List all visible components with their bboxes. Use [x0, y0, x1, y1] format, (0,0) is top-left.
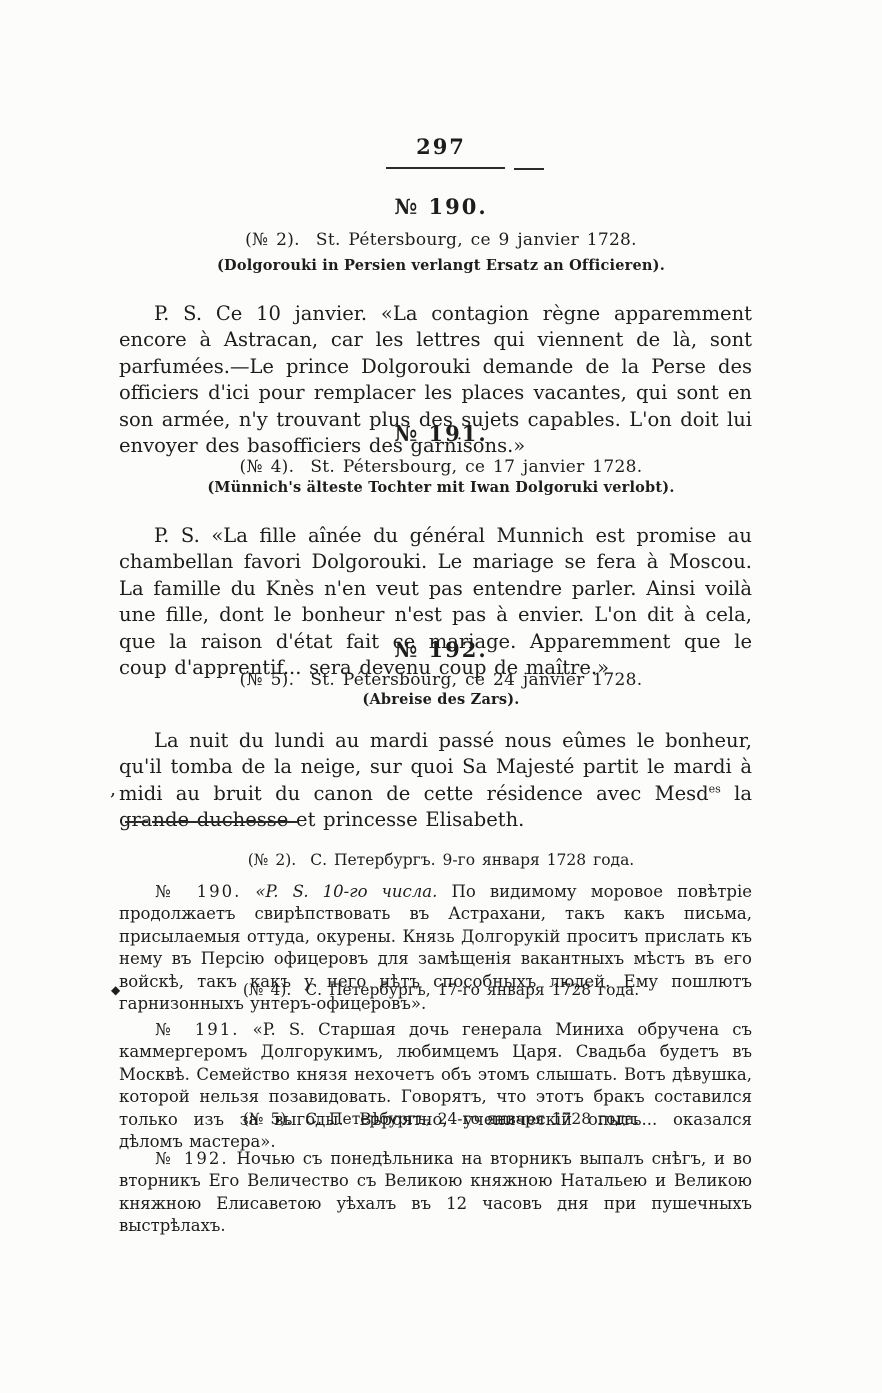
footnote-192-dateline-ref: (№ 5). [243, 1110, 291, 1128]
entry-192-body-text: La nuit du lundi au mardi passé nous eûm… [119, 729, 752, 805]
entry-191-dateline: (№ 4).St. Pétersbourg, ce 17 janvier 172… [0, 457, 882, 477]
footnote-separator-dash [125, 821, 148, 823]
margin-comma-mark: , [110, 778, 116, 800]
footnote-192-dateline: (№ 5).С. Петербургъ, 24-го января 1728 г… [0, 1110, 882, 1128]
entry-191-dateline-text: St. Pétersbourg, ce 17 janvier 1728. [310, 457, 642, 477]
page-number: 297 [0, 134, 882, 159]
entry-192-subtitle: (Abreise des Zars). [0, 691, 882, 708]
entry-192-body: La nuit du lundi au mardi passé nous eûm… [119, 728, 752, 834]
entry-190-dateline: (№ 2).St. Pétersbourg, ce 9 janvier 1728… [0, 230, 882, 250]
footnote-191-body-text: «P. S. Старшая дочь генерала Миниха обру… [119, 1020, 752, 1152]
footnote-192-number: № 192. [155, 1149, 229, 1168]
entry-190-dateline-ref: (№ 2). [245, 230, 300, 250]
entry-190-dateline-text: St. Pétersbourg, ce 9 janvier 1728. [316, 230, 637, 250]
footnote-192-body: № 192. Ночью съ понедѣльника на вторникъ… [119, 1148, 752, 1238]
footnote-191-dateline-ref: (№ 4). [243, 981, 291, 999]
scanned-book-page: 297 № 190. (№ 2).St. Pétersbourg, ce 9 j… [0, 0, 882, 1393]
footnote-191-dateline: (№ 4).С. Петербургъ, 17-го января 1728 г… [0, 981, 882, 999]
footnote-191-body: № 191. «P. S. Старшая дочь генерала Мини… [119, 1019, 752, 1154]
footnote-191-dateline-text: С. Петербургъ, 17-го января 1728 года. [305, 981, 639, 999]
page-number-rule-long [386, 167, 505, 169]
entry-192-dateline-ref: (№ 5). [240, 670, 295, 690]
footnote-190-number: № 190. [155, 882, 241, 901]
page-number-rule-short [514, 168, 544, 170]
footnote-190-dateline-text: С. Петербургъ. 9-го января 1728 года. [310, 851, 634, 869]
footnote-191-number: № 191. [155, 1020, 239, 1039]
footnote-190-dateline-ref: (№ 2). [248, 851, 296, 869]
entry-191-heading: № 191. [0, 421, 882, 446]
footnote-190-dateline: (№ 2).С. Петербургъ. 9-го января 1728 го… [0, 851, 882, 869]
entry-190-subtitle: (Dolgorouki in Persien verlangt Ersatz a… [0, 257, 882, 274]
entry-192-dateline-text: St. Pétersbourg, ce 24 janvier 1728. [310, 670, 642, 690]
entry-190-heading: № 190. [0, 194, 882, 219]
entry-191-subtitle: (Münnich's älteste Tochter mit Iwan Dolg… [0, 479, 882, 496]
footnote-separator-line [152, 821, 298, 823]
entry-191-dateline-ref: (№ 4). [240, 457, 295, 477]
footnote-192-dateline-text: С. Петербургъ, 24-го января 1728 года. [305, 1110, 639, 1128]
entry-192-dateline: (№ 5).St. Pétersbourg, ce 24 janvier 172… [0, 670, 882, 690]
entry-192-heading: № 192. [0, 637, 882, 662]
footnote-190-lead-italic: «P. S. 10-го числа. [255, 882, 437, 901]
entry-192-body-superscript: es [709, 782, 721, 795]
